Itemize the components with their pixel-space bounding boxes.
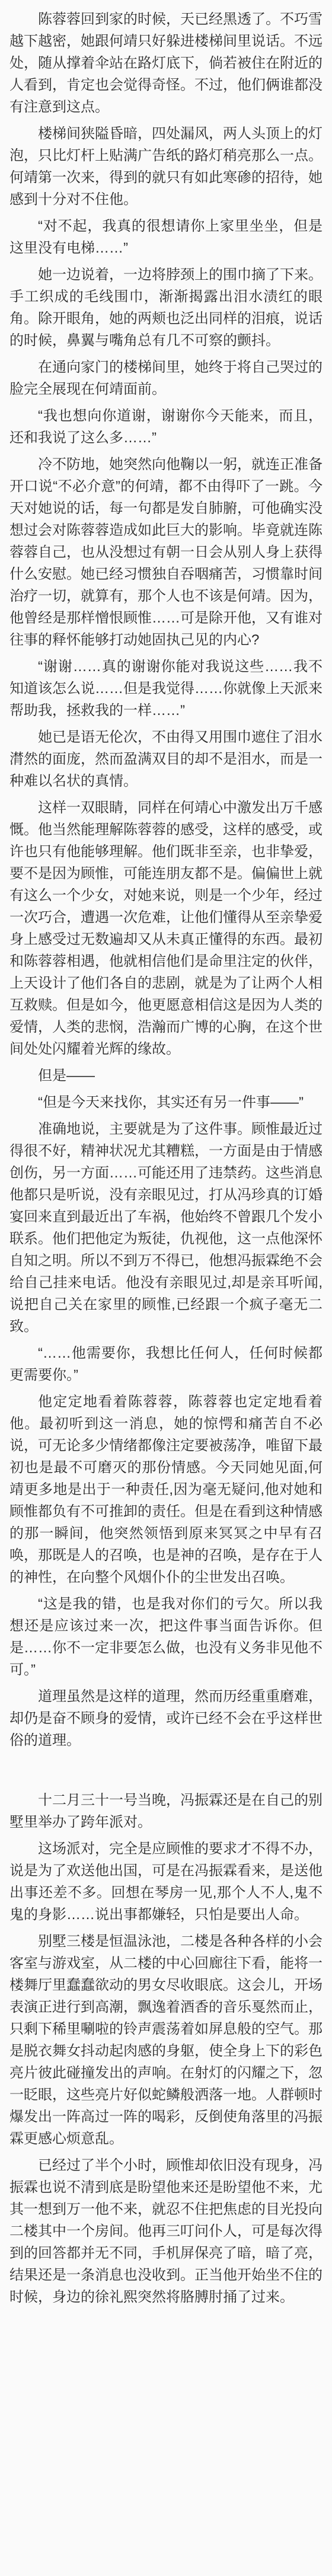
paragraph: 这场派对，完全是应顾惟的要求才不得不办，说是为了欢送他出国，可是在冯振霖看来，是… [9,1838,323,1926]
paragraph: 楼梯间狭隘昏暗，四处漏风，两人头顶上的灯泡，只比灯杆上贴满广告纸的路灯稍亮那么一… [9,123,323,210]
paragraph: 十二月三十一号当晚，冯振霖还是在自己的别墅里举办了跨年派对。 [9,1789,323,1833]
paragraph: 她一边说着，一边将脖颈上的围巾摘了下来。手工织成的毛线围巾，渐渐揭露出泪水渍红的… [9,264,323,352]
paragraph: “但是今天来找你，其实还有另一件事——” [9,1091,323,1113]
paragraph: 别墅三楼是恒温泳池，二楼是各种各样的小会客室与游戏室，从二楼的中心回廊往下看，能… [9,1930,323,2150]
paragraph: 准确地说，主要就是为了这件事。顾惟最近过得很不好，精神状况尤其糟糕，一方面是由于… [9,1118,323,1338]
paragraph: 这样一双眼睛，同样在何靖心中激发出万千感慨。他当然能理解陈蓉蓉的感受，这样的感受… [9,797,323,1060]
paragraph: 她已是语无伦次，不由得又用围巾遮住了泪水潸然的面庞，然而盈满双目的却不是泪水，而… [9,726,323,792]
paragraph: 道理虽然是这样的道理，然而历经重重磨难，却仍是奋不顾身的爱情，或许已经不会在乎这… [9,1686,323,1751]
paragraph: “谢谢……真的谢谢你能对我说这些……我不知道该怎么说……但是我觉得……你就像上天… [9,656,323,722]
paragraph: 已经过了半个小时，顾惟却依旧没有现身，冯振霖也说不清到底是盼望他来还是盼望他不来… [9,2154,323,2308]
novel-reader-page: 陈蓉蓉回到家的时候，天已经黑透了。不巧雪越下越密，她跟何靖只好躲进楼梯间里说话。… [0,0,332,2576]
paragraph: “对不起，我真的很想请你上家里坐坐，但是这里没有电梯……” [9,215,323,259]
paragraph: 他定定地看着陈蓉蓉，陈蓉蓉也定定地看着他。最初听到这一消息，她的惊愕和痛苦自不必… [9,1391,323,1588]
paragraph: “这是我的错，也是我对你们的亏欠。所以我想还是应该过来一次，把这件事当面告诉你。… [9,1593,323,1681]
paragraph: 在通向家门的楼梯间里，她终于将自己哭过的脸完全展现在何靖面前。 [9,356,323,400]
novel-text-body: 陈蓉蓉回到家的时候，天已经黑透了。不巧雪越下越密，她跟何靖只好躲进楼梯间里说话。… [0,0,332,2308]
paragraph: 冷不防地，她突然向他鞠以一躬，就连正准备开口说“不必介意”的何靖，都不由得吓了一… [9,454,323,651]
paragraph: 陈蓉蓉回到家的时候，天已经黑透了。不巧雪越下越密，她跟何靖只好躲进楼梯间里说话。… [9,8,323,118]
paragraph: “我也想向你道谢，谢谢你今天能来，而且，还和我说了这么多……” [9,405,323,449]
paragraph: “……他需要你，我想比任何人，任何时候都更需要你。” [9,1342,323,1386]
paragraph: 但是—— [9,1065,323,1087]
